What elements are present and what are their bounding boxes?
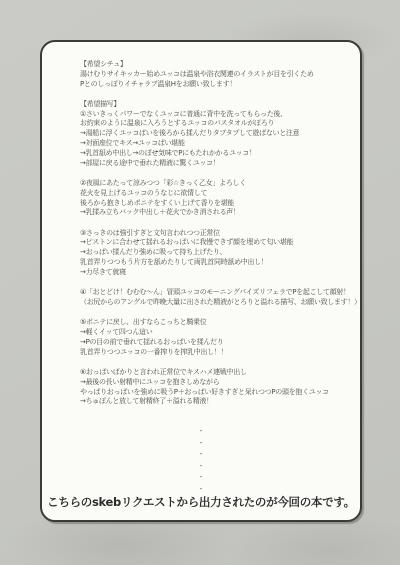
depiction-section-5: ⑤ポニテに戻し、出すならこっちと騎乗位 →軽くイッて四つん這い →Pの目の前で垂… (80, 318, 356, 357)
text-line: →乳揉み立ちバック中出し＋花火でかき消される声！ (80, 208, 356, 218)
request-card: 【希望シチュ】 湯けむりサイキッカー始めユッコは温泉や浴衣関連のイラストが目を引… (40, 40, 362, 522)
text-line: →ピストンに合わせて揺れるおっぱいに我慢できず顔を埋めて匂い堪能 (80, 238, 356, 248)
depiction-section-6: ⑥おっぱいばかりと言われ正常位でキスハメ連戦中出し →最後の長い射精中にユッコを… (80, 368, 356, 407)
request-text: 【希望シチュ】 湯けむりサイキッカー始めユッコは温泉や浴衣関連のイラストが目を引… (80, 60, 356, 418)
ellipsis-dot: ・ (42, 472, 360, 484)
depiction-section-1: 【希望描写】 ①さいきっくパワーでなくユッコに普通に背中を洗ってもらった後、 お… (80, 100, 356, 169)
text-line: 乳首弄りつつもう片方を舐めたりして両乳首同時舐め中出し！ (80, 258, 356, 268)
vertical-ellipsis: ・ ・ ・ ・ ・ ・ (42, 426, 360, 495)
ellipsis-dot: ・ (42, 461, 360, 473)
depiction-section-2: ②夜風にあたって涼みつつ「彩☆きっく乙女」よろしく 花火を見上げるユッコのうなじ… (80, 179, 356, 218)
ellipsis-dot: ・ (42, 426, 360, 438)
text-line: 乳首弄りつつユッコの一番搾りを搾乳中出し！！ (80, 348, 356, 358)
text-line: ④「おとどけ！むむむ～ん」冒頭ユッコのモーニングパイズリフェラでPを起こして顔射… (80, 288, 356, 298)
text-line: 花火を見上げるユッコのうなじに欲情して (80, 189, 356, 199)
text-line: ⑤ポニテに戻し、出すならこっちと騎乗位 (80, 318, 356, 328)
text-line: →最後の長い射精中にユッコを抱きしめながら (80, 378, 356, 388)
text-line: 後ろから抱きしめポニテをすくい上げて香りを堪能 (80, 199, 356, 209)
text-line: ①さいきっくパワーでなくユッコに普通に背中を洗ってもらった後、 (80, 110, 356, 120)
depiction-heading: 【希望描写】 (80, 100, 356, 110)
text-line: →おっぱい揉んだり強めに吸って持ち上げたり、 (80, 248, 356, 258)
text-line: →ちゅぽんと放して射精終了＋溢れる精液！ (80, 397, 356, 407)
situation-section: 【希望シチュ】 湯けむりサイキッカー始めユッコは温泉や浴衣関連のイラストが目を引… (80, 60, 356, 89)
text-line: →湯船に浮くユッコぱいを後ろから揉んだりタプタプして遊ばないと注意 (80, 129, 356, 139)
situation-heading: 【希望シチュ】 (80, 60, 356, 70)
text-line: →部屋に戻る途中で垂れた精液に驚くユッコ！ (80, 159, 356, 169)
text-line: →力尽きて就寝 (80, 268, 356, 278)
text-line: →軽くイッて四つん這い (80, 328, 356, 338)
text-line: お約束のように温泉に入ろうとするユッコのバスタオルがぽろり (80, 119, 356, 129)
depiction-section-4: ④「おとどけ！むむむ～ん」冒頭ユッコのモーニングパイズリフェラでPを起こして顔射… (80, 288, 356, 308)
text-line: ③さっきのは強引すぎと文句言われつつ正常位 (80, 229, 356, 239)
ellipsis-dot: ・ (42, 449, 360, 461)
text-line: 湯けむりサイキッカー始めユッコは温泉や浴衣関連のイラストが目を引くため (80, 70, 356, 80)
text-line: ⑥おっぱいばかりと言われ正常位でキスハメ連戦中出し (80, 368, 356, 378)
text-line: ②夜風にあたって涼みつつ「彩☆きっく乙女」よろしく (80, 179, 356, 189)
text-line: →対面座位でキス→ユッコぱい堪能 (80, 139, 356, 149)
skeb-note: こちらのskebリクエストから出力されたのが今回の本です。 (42, 494, 360, 510)
text-line: →乳首舐め中出し→のぼせ気味でPにもたれかかるユッコ！ (80, 149, 356, 159)
text-line: →Pの目の前で垂れて揺れるおっぱいを揉んだり (80, 338, 356, 348)
text-line: やっぱりおっぱいを強めに吸うP＋おっぱい好きすぎと呆れつつPの頭を抱くユッコ (80, 388, 356, 398)
depiction-section-3: ③さっきのは強引すぎと文句言われつつ正常位 →ピストンに合わせて揺れるおっぱいに… (80, 229, 356, 278)
ellipsis-dot: ・ (42, 438, 360, 450)
text-line: （お尻からのアングルで昨晩大量に出された精液がとろりと溢れる描写、お願い致します… (80, 298, 356, 308)
text-line: Pとのしっぽりイチャラブ温泉Hをお願い致します！ (80, 80, 356, 90)
